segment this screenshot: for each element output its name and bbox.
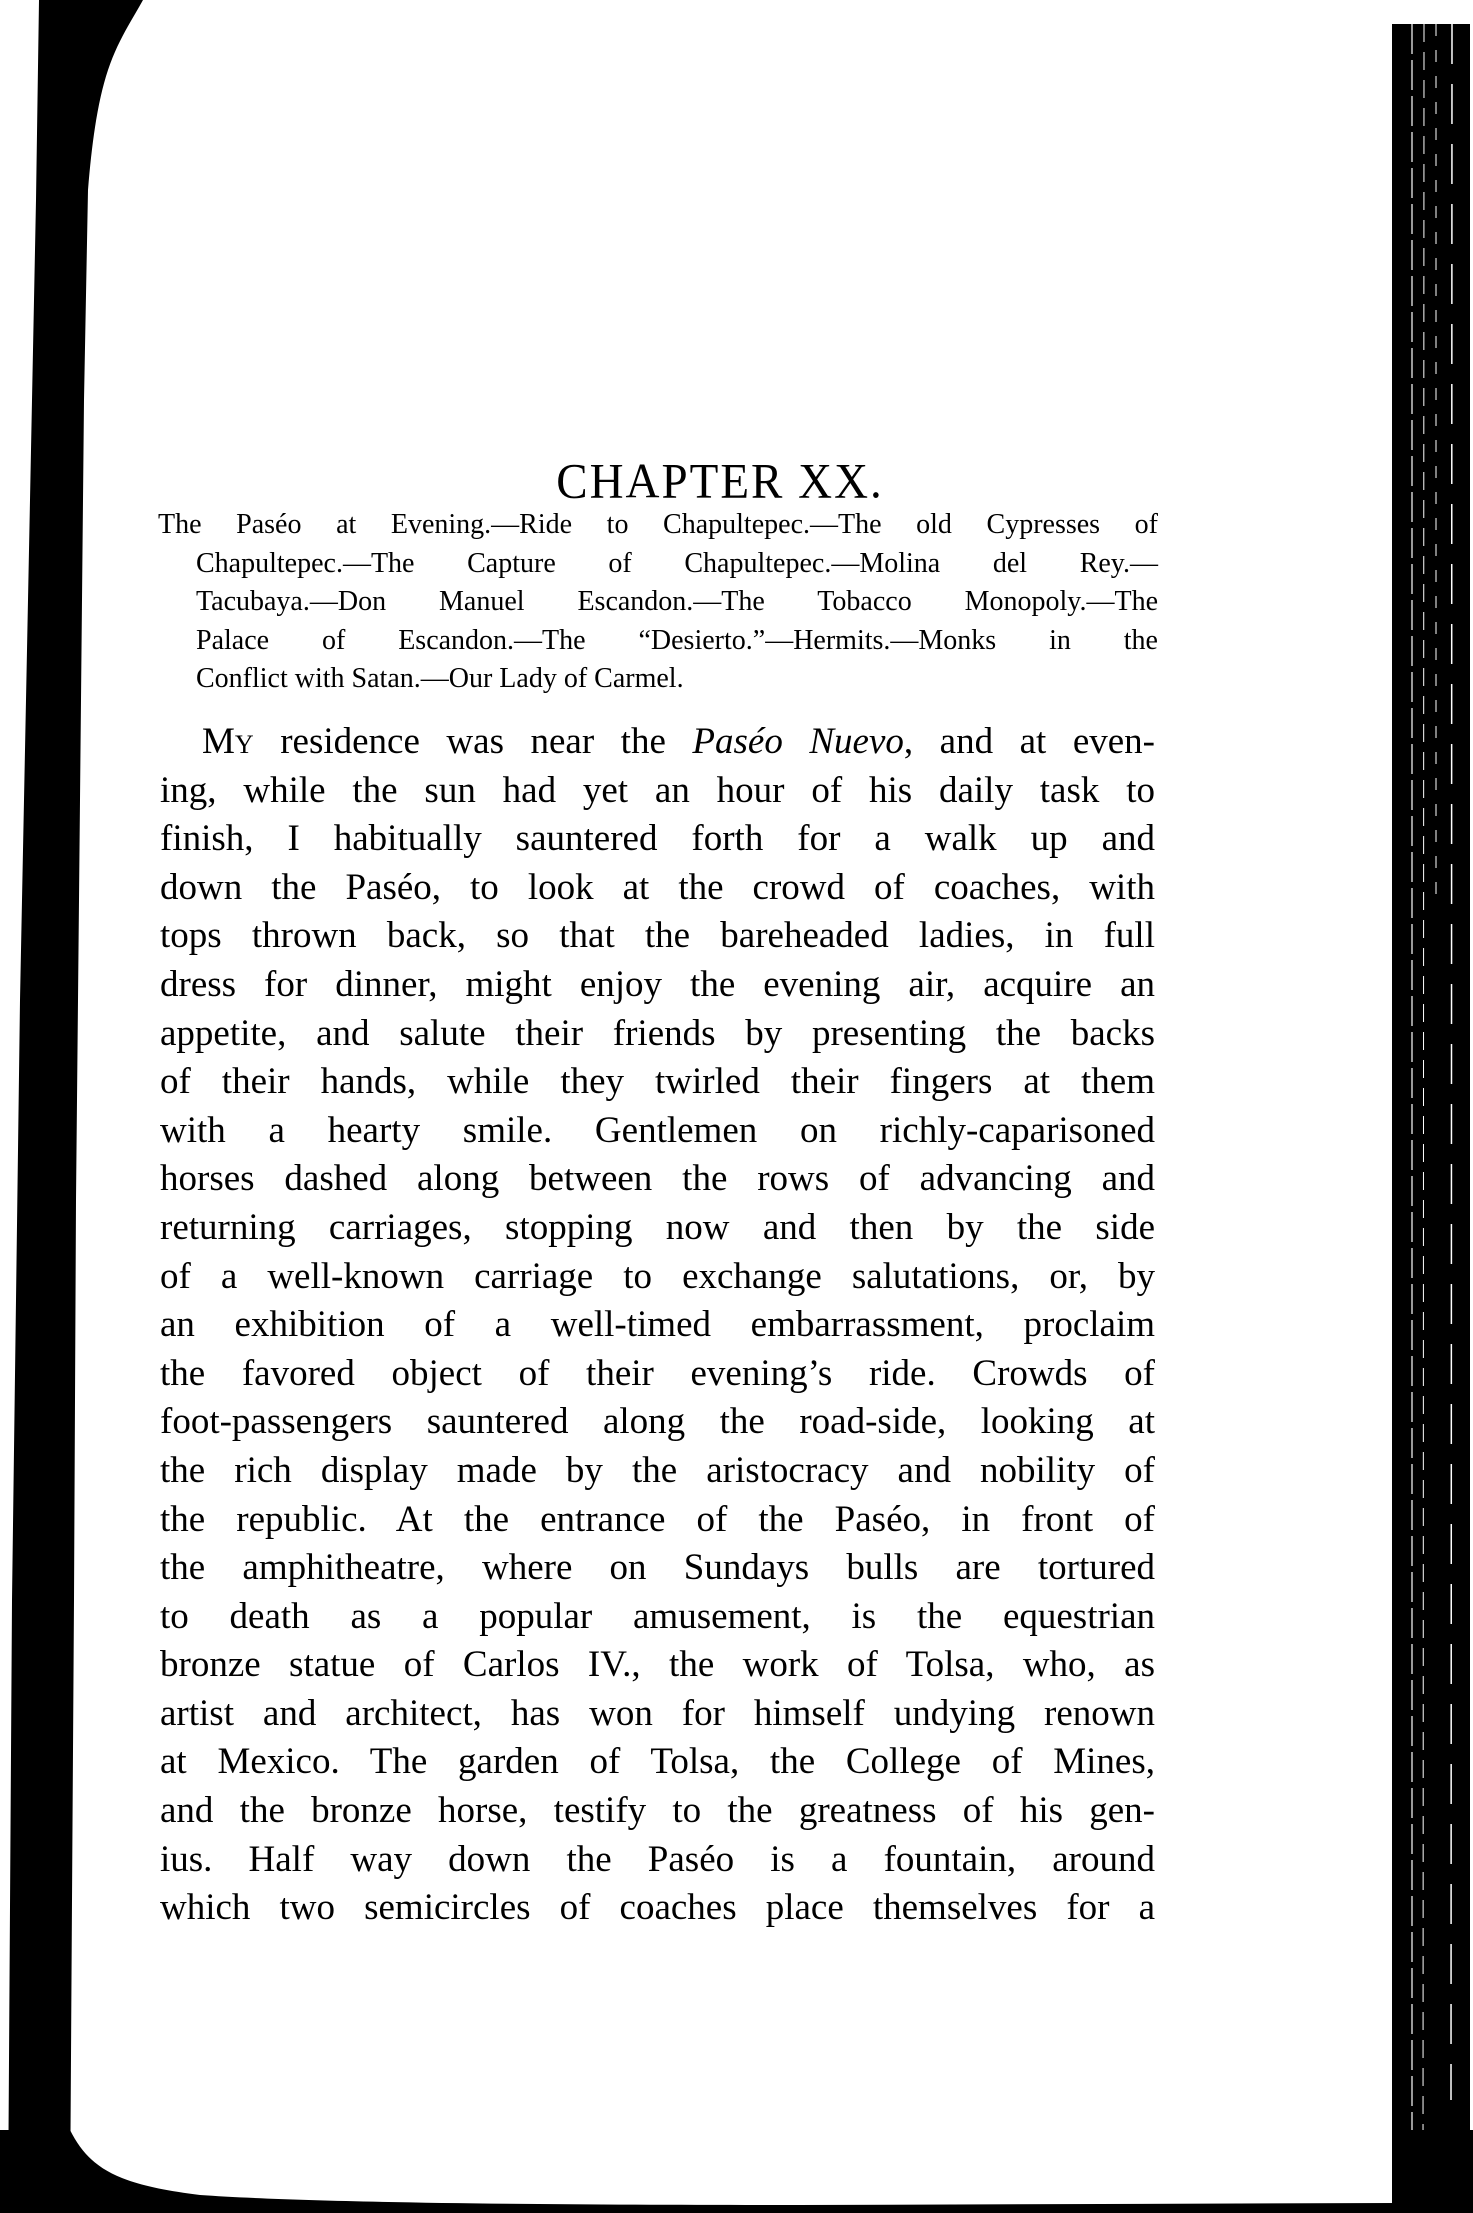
body-line: dress for dinner, might enjoy the evenin… — [160, 961, 1155, 1010]
opening-line: My residence was near the Paséo Nuevo, a… — [160, 718, 1155, 767]
summary-line: Palace of Escandon.—The “Desierto.”—Herm… — [158, 622, 1158, 661]
summary-line: Chapultepec.—The Capture of Chapultepec.… — [158, 545, 1158, 584]
opening-word: My — [202, 721, 254, 762]
chapter-summary: The Paséo at Evening.—Ride to Chapultepe… — [158, 506, 1158, 699]
summary-line: Conflict with Satan.—Our Lady of Carmel. — [158, 660, 1158, 699]
body-line: foot-passengers sauntered along the road… — [160, 1398, 1155, 1447]
chapter-title-text: CHAPTER XX. — [556, 454, 884, 511]
body-line: of their hands, while they twirled their… — [160, 1058, 1155, 1107]
body-line: to death as a popular amusement, is the … — [160, 1593, 1155, 1642]
body-line: which two semicircles of coaches place t… — [160, 1884, 1155, 1933]
italic-place-name: Paséo Nuevo — [692, 721, 903, 762]
body-line: ing, while the sun had yet an hour of hi… — [160, 767, 1155, 816]
summary-line: Tacubaya.—Don Manuel Escandon.—The Tobac… — [158, 583, 1158, 622]
body-line: at Mexico. The garden of Tolsa, the Coll… — [160, 1738, 1155, 1787]
body-line: with a hearty smile. Gentlemen on richly… — [160, 1107, 1155, 1156]
body-line: finish, I habitually sauntered forth for… — [160, 815, 1155, 864]
opening-text-a: residence was near the — [254, 721, 693, 762]
body-line: the amphitheatre, where on Sundays bulls… — [160, 1544, 1155, 1593]
body-line: tops thrown back, so that the bareheaded… — [160, 912, 1155, 961]
summary-line: The Paséo at Evening.—Ride to Chapultepe… — [158, 506, 1158, 545]
body-line: ius. Half way down the Paséo is a founta… — [160, 1836, 1155, 1885]
opening-text-b: , and at even- — [904, 721, 1155, 762]
body-line: horses dashed along between the rows of … — [160, 1155, 1155, 1204]
body-line: down the Paséo, to look at the crowd of … — [160, 864, 1155, 913]
body-line: artist and architect, has won for himsel… — [160, 1690, 1155, 1739]
body-line: returning carriages, stopping now and th… — [160, 1204, 1155, 1253]
book-page: CHAPTER XX. The Paséo at Evening.—Ride t… — [0, 0, 1473, 2213]
chapter-body: My residence was near the Paséo Nuevo, a… — [160, 718, 1155, 1933]
body-line: the republic. At the entrance of the Pas… — [160, 1496, 1155, 1545]
body-line: an exhibition of a well-timed embarrassm… — [160, 1301, 1155, 1350]
body-line: the rich display made by the aristocracy… — [160, 1447, 1155, 1496]
body-line: and the bronze horse, testify to the gre… — [160, 1787, 1155, 1836]
body-line: appetite, and salute their friends by pr… — [160, 1010, 1155, 1059]
chapter-heading: CHAPTER XX. — [0, 455, 1300, 509]
body-line: bronze statue of Carlos IV., the work of… — [160, 1641, 1155, 1690]
body-line: the favored object of their evening’s ri… — [160, 1350, 1155, 1399]
body-line: of a well-known carriage to exchange sal… — [160, 1253, 1155, 1302]
